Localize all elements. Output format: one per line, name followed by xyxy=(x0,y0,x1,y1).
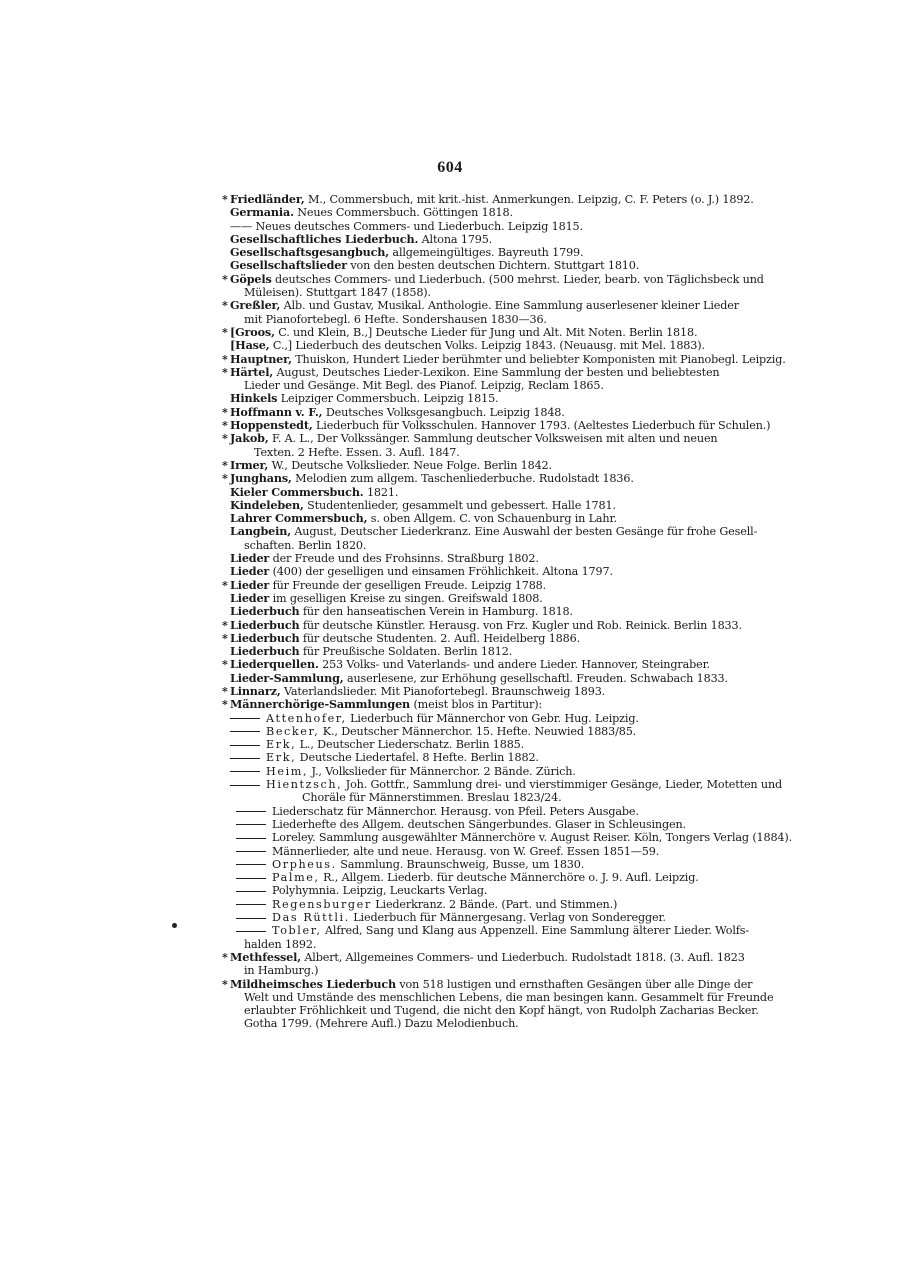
entry-content: Hientzsch, Joh. Gottfr., Sammlung drei- … xyxy=(230,778,782,791)
entry-heading: Lieder xyxy=(230,591,269,605)
sub-entry-line: Regensburger Liederkranz. 2 Bände. (Part… xyxy=(222,898,782,911)
entry-content: Lahrer Commersbuch, s. oben Allgem. C. v… xyxy=(230,512,617,525)
entry-content: Texten. 2 Hefte. Essen. 3. Aufl. 1847. xyxy=(254,446,460,459)
ditto-dash xyxy=(236,931,266,932)
entry-text: Liederschatz für Männerchor. Herausg. vo… xyxy=(272,805,639,818)
entry-content: Liederschatz für Männerchor. Herausg. vo… xyxy=(236,805,639,818)
entry-heading: Lahrer Commersbuch, xyxy=(230,511,367,525)
entry-text: Liederbuch für Männerchor von Gebr. Hug.… xyxy=(347,712,639,725)
entry-marker-asterisk: * xyxy=(222,698,230,711)
author-name-spaced: Das Rüttli. xyxy=(272,911,350,924)
sub-entry-line: Palme, R., Allgem. Liederb. für deutsche… xyxy=(222,871,782,884)
entry-line: Hinkels Leipziger Commersbuch. Leipzig 1… xyxy=(222,392,782,405)
entry-text: Polyhymnia. Leipzig, Leuckarts Verlag. xyxy=(272,884,487,897)
entry-line: Gesellschaftliches Liederbuch. Altona 17… xyxy=(222,233,782,246)
entry-marker-asterisk: * xyxy=(222,472,230,485)
entry-line: *[Groos, C. und Klein, B.,] Deutsche Lie… xyxy=(222,326,782,339)
entry-line: *Liederbuch für deutsche Künstler. Herau… xyxy=(222,619,782,632)
author-name-spaced: Regensburger xyxy=(272,898,372,911)
entry-continuation-line: Texten. 2 Hefte. Essen. 3. Aufl. 1847. xyxy=(222,446,782,459)
entry-text: von 518 lustigen und ernsthaften Gesänge… xyxy=(396,978,752,991)
entry-text: Männerlieder, alte und neue. Herausg. vo… xyxy=(272,845,659,858)
entry-content: Polyhymnia. Leipzig, Leuckarts Verlag. xyxy=(236,884,487,897)
author-name-spaced: Erk, xyxy=(266,738,296,751)
entry-content: Linnarz, Vaterlandslieder. Mit Pianofort… xyxy=(230,685,605,698)
sub-entry-line: Polyhymnia. Leipzig, Leuckarts Verlag. xyxy=(222,884,782,897)
entry-line: *Liederbuch für deutsche Studenten. 2. A… xyxy=(222,632,782,645)
entry-text: M., Commersbuch, mit krit.-hist. Anmerku… xyxy=(305,193,754,206)
entry-line: *Liederquellen. 253 Volks- und Vaterland… xyxy=(222,658,782,671)
entry-text: von den besten deutschen Dichtern. Stutt… xyxy=(347,259,639,272)
entry-content: Hinkels Leipziger Commersbuch. Leipzig 1… xyxy=(230,392,498,405)
author-name-spaced: Erk, xyxy=(266,751,296,764)
entry-heading: Mildheimsches Liederbuch xyxy=(230,977,396,991)
entry-text: Liederkranz. 2 Bände. (Part. und Stimmen… xyxy=(372,898,617,911)
entry-text: Joh. Gottfr., Sammlung drei- und viersti… xyxy=(342,778,782,791)
entry-heading: Hoppenstedt, xyxy=(230,418,313,432)
entry-text: allgemeingültiges. Bayreuth 1799. xyxy=(389,246,583,259)
entry-line: *Junghans, Melodien zum allgem. Taschenl… xyxy=(222,472,782,485)
entry-line: Liederbuch für Preußische Soldaten. Berl… xyxy=(222,645,782,658)
entry-line: Lieder der Freude und des Frohsinns. Str… xyxy=(222,552,782,565)
entry-heading: Jakob, xyxy=(230,431,269,445)
entry-text: Liederbuch für Volksschulen. Hannover 17… xyxy=(313,419,771,432)
entry-heading: Gesellschaftliches Liederbuch. xyxy=(230,232,418,246)
entry-content: [Hase, C.,] Liederbuch des deutschen Vol… xyxy=(230,339,705,352)
author-name-spaced: Palme, xyxy=(272,871,320,884)
entry-heading: Gesellschaftslieder xyxy=(230,258,347,272)
entry-heading: Methfessel, xyxy=(230,950,301,964)
entry-marker-asterisk: * xyxy=(222,632,230,645)
entry-content: Friedländer, M., Commersbuch, mit krit.-… xyxy=(230,193,754,206)
entry-line: Lieder im geselligen Kreise zu singen. G… xyxy=(222,592,782,605)
entry-text: der Freude und des Frohsinns. Straßburg … xyxy=(269,552,539,565)
ditto-dash xyxy=(236,864,266,865)
ditto-dash xyxy=(236,904,266,905)
entry-line: *Männerchörige-Sammlungen (meist blos in… xyxy=(222,698,782,711)
entry-marker-asterisk: * xyxy=(222,432,230,445)
ditto-dash xyxy=(230,718,260,719)
entry-content: Gotha 1799. (Mehrere Aufl.) Dazu Melodie… xyxy=(244,1017,519,1030)
entry-marker-asterisk: * xyxy=(222,978,230,991)
entry-text: (meist blos in Partitur): xyxy=(410,698,542,711)
entry-text: Sammlung. Braunschweig, Busse, um 1830. xyxy=(337,858,584,871)
entry-line: Gesellschaftsgesangbuch, allgemeingültig… xyxy=(222,246,782,259)
entry-marker-asterisk: * xyxy=(222,685,230,698)
ditto-dash xyxy=(236,851,266,852)
entry-heading: Germania. xyxy=(230,205,294,219)
entry-continuation-line: Choräle für Männerstimmen. Breslau 1823/… xyxy=(222,791,782,804)
entry-content: Hoffmann v. F., Deutsches Volksgesangbuc… xyxy=(230,406,565,419)
entry-text: C.,] Liederbuch des deutschen Volks. Lei… xyxy=(270,339,705,352)
entry-text: Texten. 2 Hefte. Essen. 3. Aufl. 1847. xyxy=(254,446,460,459)
entry-content: Kindeleben, Studentenlieder, gesammelt u… xyxy=(230,499,616,512)
entry-heading: Hauptner, xyxy=(230,352,292,366)
sub-entry-line: Tobler, Alfred, Sang und Klang aus Appen… xyxy=(222,924,782,937)
entry-text: (400) der geselligen und einsamen Fröhli… xyxy=(269,565,613,578)
entry-content: Göpels deutsches Commers- und Liederbuch… xyxy=(230,273,764,286)
entry-content: Hauptner, Thuiskon, Hundert Lieder berüh… xyxy=(230,353,786,366)
entry-text: J., Volkslieder für Männerchor. 2 Bände.… xyxy=(308,765,576,778)
entry-marker-asterisk: * xyxy=(222,619,230,632)
entry-content: Orpheus. Sammlung. Braunschweig, Busse, … xyxy=(236,858,584,871)
sub-entry-line: Hientzsch, Joh. Gottfr., Sammlung drei- … xyxy=(222,778,782,791)
sub-entry-line: Heim, J., Volkslieder für Männerchor. 2 … xyxy=(222,765,782,778)
entry-text: Gotha 1799. (Mehrere Aufl.) Dazu Melodie… xyxy=(244,1017,519,1030)
entry-marker-asterisk: * xyxy=(222,951,230,964)
margin-mark xyxy=(172,923,177,928)
entry-marker-asterisk: * xyxy=(222,366,230,379)
entry-content: Liederquellen. 253 Volks- und Vaterlands… xyxy=(230,658,710,671)
sub-entry-line: Becker, K., Deutscher Männerchor. 15. He… xyxy=(222,725,782,738)
entry-line: Liederbuch für den hanseatischen Verein … xyxy=(222,605,782,618)
entry-content: Gesellschaftliches Liederbuch. Altona 17… xyxy=(230,233,492,246)
entry-line: *Hoffmann v. F., Deutsches Volksgesangbu… xyxy=(222,406,782,419)
entry-text: 253 Volks- und Vaterlands- und andere Li… xyxy=(319,658,710,671)
entry-text: W., Deutsche Volkslieder. Neue Folge. Be… xyxy=(268,459,552,472)
entry-line: *Jakob, F. A. L., Der Volkssänger. Samml… xyxy=(222,432,782,445)
entry-text: s. oben Allgem. C. von Schauenburg in La… xyxy=(367,512,617,525)
entry-text: in Hamburg.) xyxy=(244,964,318,977)
entry-text: Welt und Umstände des menschlichen Leben… xyxy=(244,991,773,1004)
entry-marker-asterisk: * xyxy=(222,406,230,419)
entry-content: Männerlieder, alte und neue. Herausg. vo… xyxy=(236,845,659,858)
author-name-spaced: Hientzsch, xyxy=(266,778,342,791)
entry-content: Liederbuch für den hanseatischen Verein … xyxy=(230,605,573,618)
entry-heading: Liederbuch xyxy=(230,631,299,645)
entry-continuation-line: in Hamburg.) xyxy=(222,964,782,977)
entry-content: Lieder und Gesänge. Mit Begl. des Pianof… xyxy=(244,379,604,392)
ditto-dash xyxy=(236,878,266,879)
entry-line: *Mildheimsches Liederbuch von 518 lustig… xyxy=(222,978,782,991)
entry-content: Liederbuch für Preußische Soldaten. Berl… xyxy=(230,645,512,658)
entry-text: Studentenlieder, gesammelt und gebessert… xyxy=(304,499,616,512)
entry-heading: Gesellschaftsgesangbuch, xyxy=(230,245,389,259)
author-name-spaced: Tobler, xyxy=(272,924,322,937)
entry-heading: Lieder xyxy=(230,578,269,592)
entry-content: Irmer, W., Deutsche Volkslieder. Neue Fo… xyxy=(230,459,552,472)
entry-content: Jakob, F. A. L., Der Volkssänger. Sammlu… xyxy=(230,432,717,445)
entry-heading: Göpels xyxy=(230,272,272,286)
entry-text: erlaubter Fröhlichkeit und Tugend, die n… xyxy=(244,1004,759,1017)
entry-text: Alfred, Sang und Klang aus Appenzell. Ei… xyxy=(322,924,749,937)
entry-content: erlaubter Fröhlichkeit und Tugend, die n… xyxy=(244,1004,759,1017)
entry-content: Junghans, Melodien zum allgem. Taschenli… xyxy=(230,472,634,485)
ditto-dash xyxy=(236,891,266,892)
entry-line: *Hauptner, Thuiskon, Hundert Lieder berü… xyxy=(222,353,782,366)
entry-text: C. und Klein, B.,] Deutsche Lieder für J… xyxy=(275,326,698,339)
entry-heading: [Groos, xyxy=(230,325,275,339)
entry-content: Palme, R., Allgem. Liederb. für deutsche… xyxy=(236,871,699,884)
entry-continuation-line: schaften. Berlin 1820. xyxy=(222,539,782,552)
entry-text: für Preußische Soldaten. Berlin 1812. xyxy=(299,645,512,658)
entry-line: Lieder (400) der geselligen und einsamen… xyxy=(222,565,782,578)
entry-content: [Groos, C. und Klein, B.,] Deutsche Lied… xyxy=(230,326,697,339)
entry-content: in Hamburg.) xyxy=(244,964,318,977)
entry-line: *Greßler, Alb. und Gustav, Musikal. Anth… xyxy=(222,299,782,312)
author-name-spaced: Becker, xyxy=(266,725,319,738)
entry-text: Deutsches Volksgesangbuch. Leipzig 1848. xyxy=(322,406,564,419)
entry-text: für deutsche Studenten. 2. Aufl. Heidelb… xyxy=(299,632,580,645)
entry-line: Lahrer Commersbuch, s. oben Allgem. C. v… xyxy=(222,512,782,525)
entry-content: Langbein, August, Deutscher Liederkranz.… xyxy=(230,525,757,538)
entry-text: für deutsche Künstler. Herausg. von Frz.… xyxy=(299,619,741,632)
entry-heading: Liederquellen. xyxy=(230,657,319,671)
entry-heading: Lieder-Sammlung, xyxy=(230,671,344,685)
entry-line: Gesellschaftslieder von den besten deuts… xyxy=(222,259,782,272)
ditto-dash xyxy=(236,811,266,812)
entry-marker-asterisk: * xyxy=(222,459,230,472)
entry-marker-asterisk: * xyxy=(222,579,230,592)
sub-entry-line: Orpheus. Sammlung. Braunschweig, Busse, … xyxy=(222,858,782,871)
entry-text: Alb. und Gustav, Musikal. Anthologie. Ei… xyxy=(280,299,739,312)
entry-content: Liederbuch für deutsche Künstler. Heraus… xyxy=(230,619,742,632)
entry-continuation-line: Müleisen). Stuttgart 1847 (1858). xyxy=(222,286,782,299)
entry-text: Deutsche Liedertafel. 8 Hefte. Berlin 18… xyxy=(296,751,539,764)
entry-heading: Liederbuch xyxy=(230,604,299,618)
entry-content: Erk, Deutsche Liedertafel. 8 Hefte. Berl… xyxy=(230,751,539,764)
entry-marker-asterisk: * xyxy=(222,273,230,286)
entry-heading: Junghans, xyxy=(230,471,292,485)
entry-content: Müleisen). Stuttgart 1847 (1858). xyxy=(244,286,431,299)
author-name-spaced: Attenhofer, xyxy=(266,712,347,725)
entry-content: Choräle für Männerstimmen. Breslau 1823/… xyxy=(302,791,562,804)
entry-text: Melodien zum allgem. Taschenliederbuche.… xyxy=(292,472,634,485)
entry-continuation-line: mit Pianofortebegl. 6 Hefte. Sondershaus… xyxy=(222,313,782,326)
entry-line: *Linnarz, Vaterlandslieder. Mit Pianofor… xyxy=(222,685,782,698)
entry-text: Choräle für Männerstimmen. Breslau 1823/… xyxy=(302,791,562,804)
entry-text: Thuiskon, Hundert Lieder berühmter und b… xyxy=(292,353,786,366)
entry-line: *Methfessel, Albert, Allgemeines Commers… xyxy=(222,951,782,964)
entry-line: Lieder-Sammlung, auserlesene, zur Erhöhu… xyxy=(222,672,782,685)
entry-continuation-line: halden 1892. xyxy=(222,938,782,951)
entry-heading: Lieder xyxy=(230,551,269,565)
entry-text: im geselligen Kreise zu singen. Greifswa… xyxy=(269,592,542,605)
ditto-dash xyxy=(230,758,260,759)
entry-heading: Männerchörige-Sammlungen xyxy=(230,697,410,711)
entry-content: Lieder-Sammlung, auserlesene, zur Erhöhu… xyxy=(230,672,728,685)
entry-text: August, Deutsches Lieder-Lexikon. Eine S… xyxy=(273,366,719,379)
entry-content: —— Neues deutsches Commers- und Liederbu… xyxy=(230,220,583,233)
entry-line: *Härtel, August, Deutsches Lieder-Lexiko… xyxy=(222,366,782,379)
entry-heading: Irmer, xyxy=(230,458,268,472)
entry-continuation-line: Lieder und Gesänge. Mit Begl. des Pianof… xyxy=(222,379,782,392)
entry-content: mit Pianofortebegl. 6 Hefte. Sondershaus… xyxy=(244,313,547,326)
ditto-dash xyxy=(230,731,260,732)
entry-text: Neues Commersbuch. Göttingen 1818. xyxy=(294,206,513,219)
entry-text: Loreley. Sammlung ausgewählter Männerchö… xyxy=(272,831,792,844)
ditto-dash xyxy=(236,838,266,839)
entry-content: halden 1892. xyxy=(244,938,316,951)
page-number: 604 xyxy=(0,159,900,177)
entry-marker-asterisk: * xyxy=(222,353,230,366)
entry-heading: Friedländer, xyxy=(230,192,305,206)
entry-heading: Hoffmann v. F., xyxy=(230,405,322,419)
entry-text: L., Deutscher Liederschatz. Berlin 1885. xyxy=(296,738,524,751)
entry-content: Regensburger Liederkranz. 2 Bände. (Part… xyxy=(236,898,617,911)
entry-text: August, Deutscher Liederkranz. Eine Ausw… xyxy=(291,525,757,538)
entry-marker-asterisk: * xyxy=(222,299,230,312)
entry-heading: Lieder xyxy=(230,564,269,578)
sub-entry-line: Attenhofer, Liederbuch für Männerchor vo… xyxy=(222,712,782,725)
entry-text: halden 1892. xyxy=(244,938,316,951)
sub-entry-line: Liederhefte des Allgem. deutschen Sänger… xyxy=(222,818,782,831)
entry-content: Gesellschaftsgesangbuch, allgemeingültig… xyxy=(230,246,583,259)
entry-content: Loreley. Sammlung ausgewählter Männerchö… xyxy=(236,831,792,844)
entry-content: Greßler, Alb. und Gustav, Musikal. Antho… xyxy=(230,299,739,312)
entry-text: Albert, Allgemeines Commers- und Liederb… xyxy=(301,951,745,964)
entry-heading: Liederbuch xyxy=(230,644,299,658)
sub-entry-line: Erk, L., Deutscher Liederschatz. Berlin … xyxy=(222,738,782,751)
entry-text: deutsches Commers- und Liederbuch. (500 … xyxy=(272,273,764,286)
entry-text: K., Deutscher Männerchor. 15. Hefte. Neu… xyxy=(319,725,636,738)
entry-heading: Kieler Commersbuch. xyxy=(230,485,364,499)
author-name-spaced: Heim, xyxy=(266,765,308,778)
entry-heading: Härtel, xyxy=(230,365,273,379)
entry-content: Liederhefte des Allgem. deutschen Sänger… xyxy=(236,818,686,831)
entry-line: *Irmer, W., Deutsche Volkslieder. Neue F… xyxy=(222,459,782,472)
entry-content: Methfessel, Albert, Allgemeines Commers-… xyxy=(230,951,745,964)
entry-content: Lieder im geselligen Kreise zu singen. G… xyxy=(230,592,543,605)
sub-entry-line: Das Rüttli. Liederbuch für Männergesang.… xyxy=(222,911,782,924)
entry-line: Germania. Neues Commersbuch. Göttingen 1… xyxy=(222,206,782,219)
entry-text: —— Neues deutsches Commers- und Liederbu… xyxy=(230,220,583,233)
entry-line: [Hase, C.,] Liederbuch des deutschen Vol… xyxy=(222,339,782,352)
entry-text: Vaterlandslieder. Mit Pianofortebegl. Br… xyxy=(281,685,606,698)
author-name-spaced: Orpheus. xyxy=(272,858,337,871)
entry-content: Liederbuch für deutsche Studenten. 2. Au… xyxy=(230,632,580,645)
sub-entry-line: Loreley. Sammlung ausgewählter Männerchö… xyxy=(222,831,782,844)
sub-entry-line: Männerlieder, alte und neue. Herausg. vo… xyxy=(222,845,782,858)
entry-continuation-line: erlaubter Fröhlichkeit und Tugend, die n… xyxy=(222,1004,782,1017)
entry-text: auserlesene, zur Erhöhung gesellschaftl.… xyxy=(344,672,728,685)
entry-text: schaften. Berlin 1820. xyxy=(244,539,366,552)
entry-line: Kieler Commersbuch. 1821. xyxy=(222,486,782,499)
entry-line: Kindeleben, Studentenlieder, gesammelt u… xyxy=(222,499,782,512)
ditto-dash xyxy=(230,785,260,786)
entry-heading: Liederbuch xyxy=(230,618,299,632)
entry-content: Attenhofer, Liederbuch für Männerchor vo… xyxy=(230,712,639,725)
entry-text: R., Allgem. Liederb. für deutsche Männer… xyxy=(320,871,699,884)
entry-text: Liederhefte des Allgem. deutschen Sänger… xyxy=(272,818,686,831)
entry-heading: Hinkels xyxy=(230,391,277,405)
entry-content: Becker, K., Deutscher Männerchor. 15. He… xyxy=(230,725,636,738)
entry-line: —— Neues deutsches Commers- und Liederbu… xyxy=(222,220,782,233)
entry-heading: Langbein, xyxy=(230,524,291,538)
entry-continuation-line: Gotha 1799. (Mehrere Aufl.) Dazu Melodie… xyxy=(222,1017,782,1030)
entry-content: Heim, J., Volkslieder für Männerchor. 2 … xyxy=(230,765,576,778)
entry-line: *Hoppenstedt, Liederbuch für Volksschule… xyxy=(222,419,782,432)
entry-text: für den hanseatischen Verein in Hamburg.… xyxy=(299,605,572,618)
bibliography-list: *Friedländer, M., Commersbuch, mit krit.… xyxy=(222,193,782,1031)
entry-heading: Linnarz, xyxy=(230,684,281,698)
entry-line: Langbein, August, Deutscher Liederkranz.… xyxy=(222,525,782,538)
ditto-dash xyxy=(230,771,260,772)
ditto-dash xyxy=(236,918,266,919)
entry-content: Hoppenstedt, Liederbuch für Volksschulen… xyxy=(230,419,770,432)
entry-marker-asterisk: * xyxy=(222,193,230,206)
entry-text: F. A. L., Der Volkssänger. Sammlung deut… xyxy=(269,432,718,445)
entry-text: für Freunde der geselligen Freude. Leipz… xyxy=(269,579,546,592)
entry-heading: Kindeleben, xyxy=(230,498,304,512)
entry-line: *Friedländer, M., Commersbuch, mit krit.… xyxy=(222,193,782,206)
entry-text: 1821. xyxy=(364,486,399,499)
entry-line: *Göpels deutsches Commers- und Liederbuc… xyxy=(222,273,782,286)
ditto-dash xyxy=(230,745,260,746)
entry-text: Müleisen). Stuttgart 1847 (1858). xyxy=(244,286,431,299)
entry-content: Gesellschaftslieder von den besten deuts… xyxy=(230,259,639,272)
entry-continuation-line: Welt und Umstände des menschlichen Leben… xyxy=(222,991,782,1004)
entry-text: Lieder und Gesänge. Mit Begl. des Pianof… xyxy=(244,379,604,392)
entry-content: Männerchörige-Sammlungen (meist blos in … xyxy=(230,698,542,711)
entry-heading: [Hase, xyxy=(230,338,270,352)
entry-text: Leipziger Commersbuch. Leipzig 1815. xyxy=(277,392,498,405)
entry-marker-asterisk: * xyxy=(222,658,230,671)
ditto-dash xyxy=(236,824,266,825)
entry-heading: Greßler, xyxy=(230,298,280,312)
entry-text: mit Pianofortebegl. 6 Hefte. Sondershaus… xyxy=(244,313,547,326)
entry-marker-asterisk: * xyxy=(222,419,230,432)
entry-content: Germania. Neues Commersbuch. Göttingen 1… xyxy=(230,206,513,219)
entry-content: Härtel, August, Deutsches Lieder-Lexikon… xyxy=(230,366,719,379)
entry-content: schaften. Berlin 1820. xyxy=(244,539,366,552)
entry-marker-asterisk: * xyxy=(222,326,230,339)
entry-content: Das Rüttli. Liederbuch für Männergesang.… xyxy=(236,911,666,924)
entry-content: Lieder für Freunde der geselligen Freude… xyxy=(230,579,546,592)
entry-content: Welt und Umstände des menschlichen Leben… xyxy=(244,991,773,1004)
entry-content: Kieler Commersbuch. 1821. xyxy=(230,486,398,499)
entry-content: Tobler, Alfred, Sang und Klang aus Appen… xyxy=(236,924,749,937)
entry-line: *Lieder für Freunde der geselligen Freud… xyxy=(222,579,782,592)
entry-text: Altona 1795. xyxy=(418,233,492,246)
entry-content: Mildheimsches Liederbuch von 518 lustige… xyxy=(230,978,752,991)
entry-content: Lieder der Freude und des Frohsinns. Str… xyxy=(230,552,539,565)
sub-entry-line: Erk, Deutsche Liedertafel. 8 Hefte. Berl… xyxy=(222,751,782,764)
sub-entry-line: Liederschatz für Männerchor. Herausg. vo… xyxy=(222,805,782,818)
entry-content: Lieder (400) der geselligen und einsamen… xyxy=(230,565,613,578)
entry-text: Liederbuch für Männergesang. Verlag von … xyxy=(350,911,666,924)
entry-content: Erk, L., Deutscher Liederschatz. Berlin … xyxy=(230,738,524,751)
